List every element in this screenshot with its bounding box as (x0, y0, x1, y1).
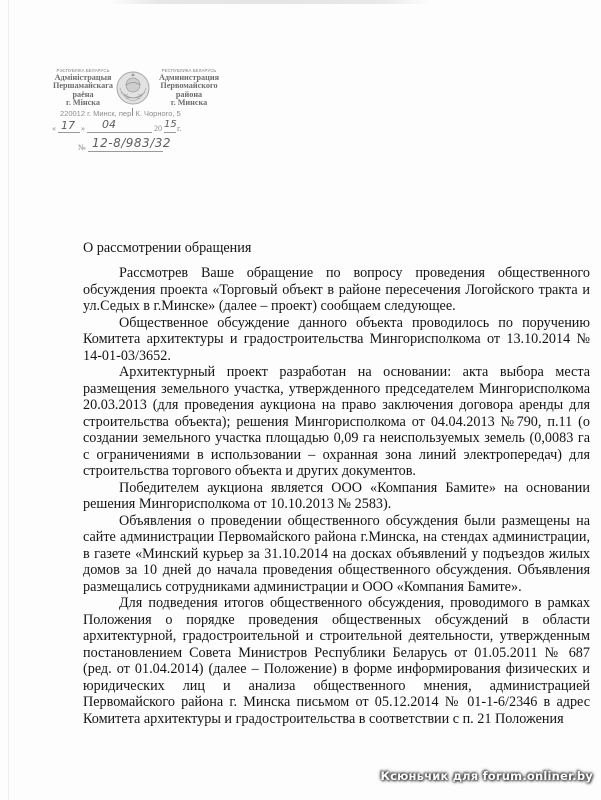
handwritten-month: 04 (102, 118, 116, 131)
document-body: Рассмотрев Ваше обращение по вопросу про… (83, 265, 590, 727)
forum-watermark: Ксюньчик для forum.onliner.by (381, 769, 593, 783)
paragraph-4: Победителем аукциона является ООО «Компа… (83, 480, 590, 513)
belarus-state-emblem-icon (115, 70, 151, 106)
paragraph-2: Общественное обсуждение данного объекта … (83, 315, 590, 365)
handwritten-year: 15 (164, 119, 177, 130)
registration-date: « 17 » 04 20 15 г. (52, 119, 232, 135)
registration-number: № 12-8/983/32 (78, 136, 238, 154)
letterhead-russian: РЕСПУБЛИКА БЕЛАРУСЬ Администрация Первом… (154, 68, 224, 107)
month-underline (87, 132, 152, 133)
number-underline (88, 151, 163, 152)
number-label: № (78, 143, 86, 152)
letterhead-belarusian: РЭСПУБЛІКА БЕЛАРУСЬ Адміністрацыя Першам… (52, 68, 114, 107)
reverse-side-bleed-through (110, 0, 430, 4)
year-underline (164, 132, 176, 133)
paragraph-1: Рассмотрев Ваше обращение по вопросу про… (83, 265, 590, 315)
page-edge (8, 0, 9, 800)
paragraph-6: Для подведения итогов общественного обсу… (83, 595, 590, 727)
org-line-4-be: г. Мінска (52, 99, 114, 107)
document-subject: О рассмотрении обращения (83, 240, 251, 257)
org-line-4-ru: г. Минска (154, 99, 224, 107)
handwritten-number: 12-8/983/32 (92, 136, 171, 150)
paragraph-5: Объявления о проведении общественного об… (83, 513, 590, 596)
year-prefix: 20 (154, 124, 162, 133)
open-quote: « (52, 124, 56, 133)
letterhead-address: 220012 г. Минск, пер. К. Чорного, 5 (60, 109, 210, 118)
handwritten-day: 17 (61, 119, 75, 132)
paragraph-3: Архитектурный проект разработан на основ… (83, 364, 590, 480)
day-underline (58, 132, 80, 133)
year-unit: г. (177, 124, 181, 133)
close-quote: » (81, 124, 85, 133)
